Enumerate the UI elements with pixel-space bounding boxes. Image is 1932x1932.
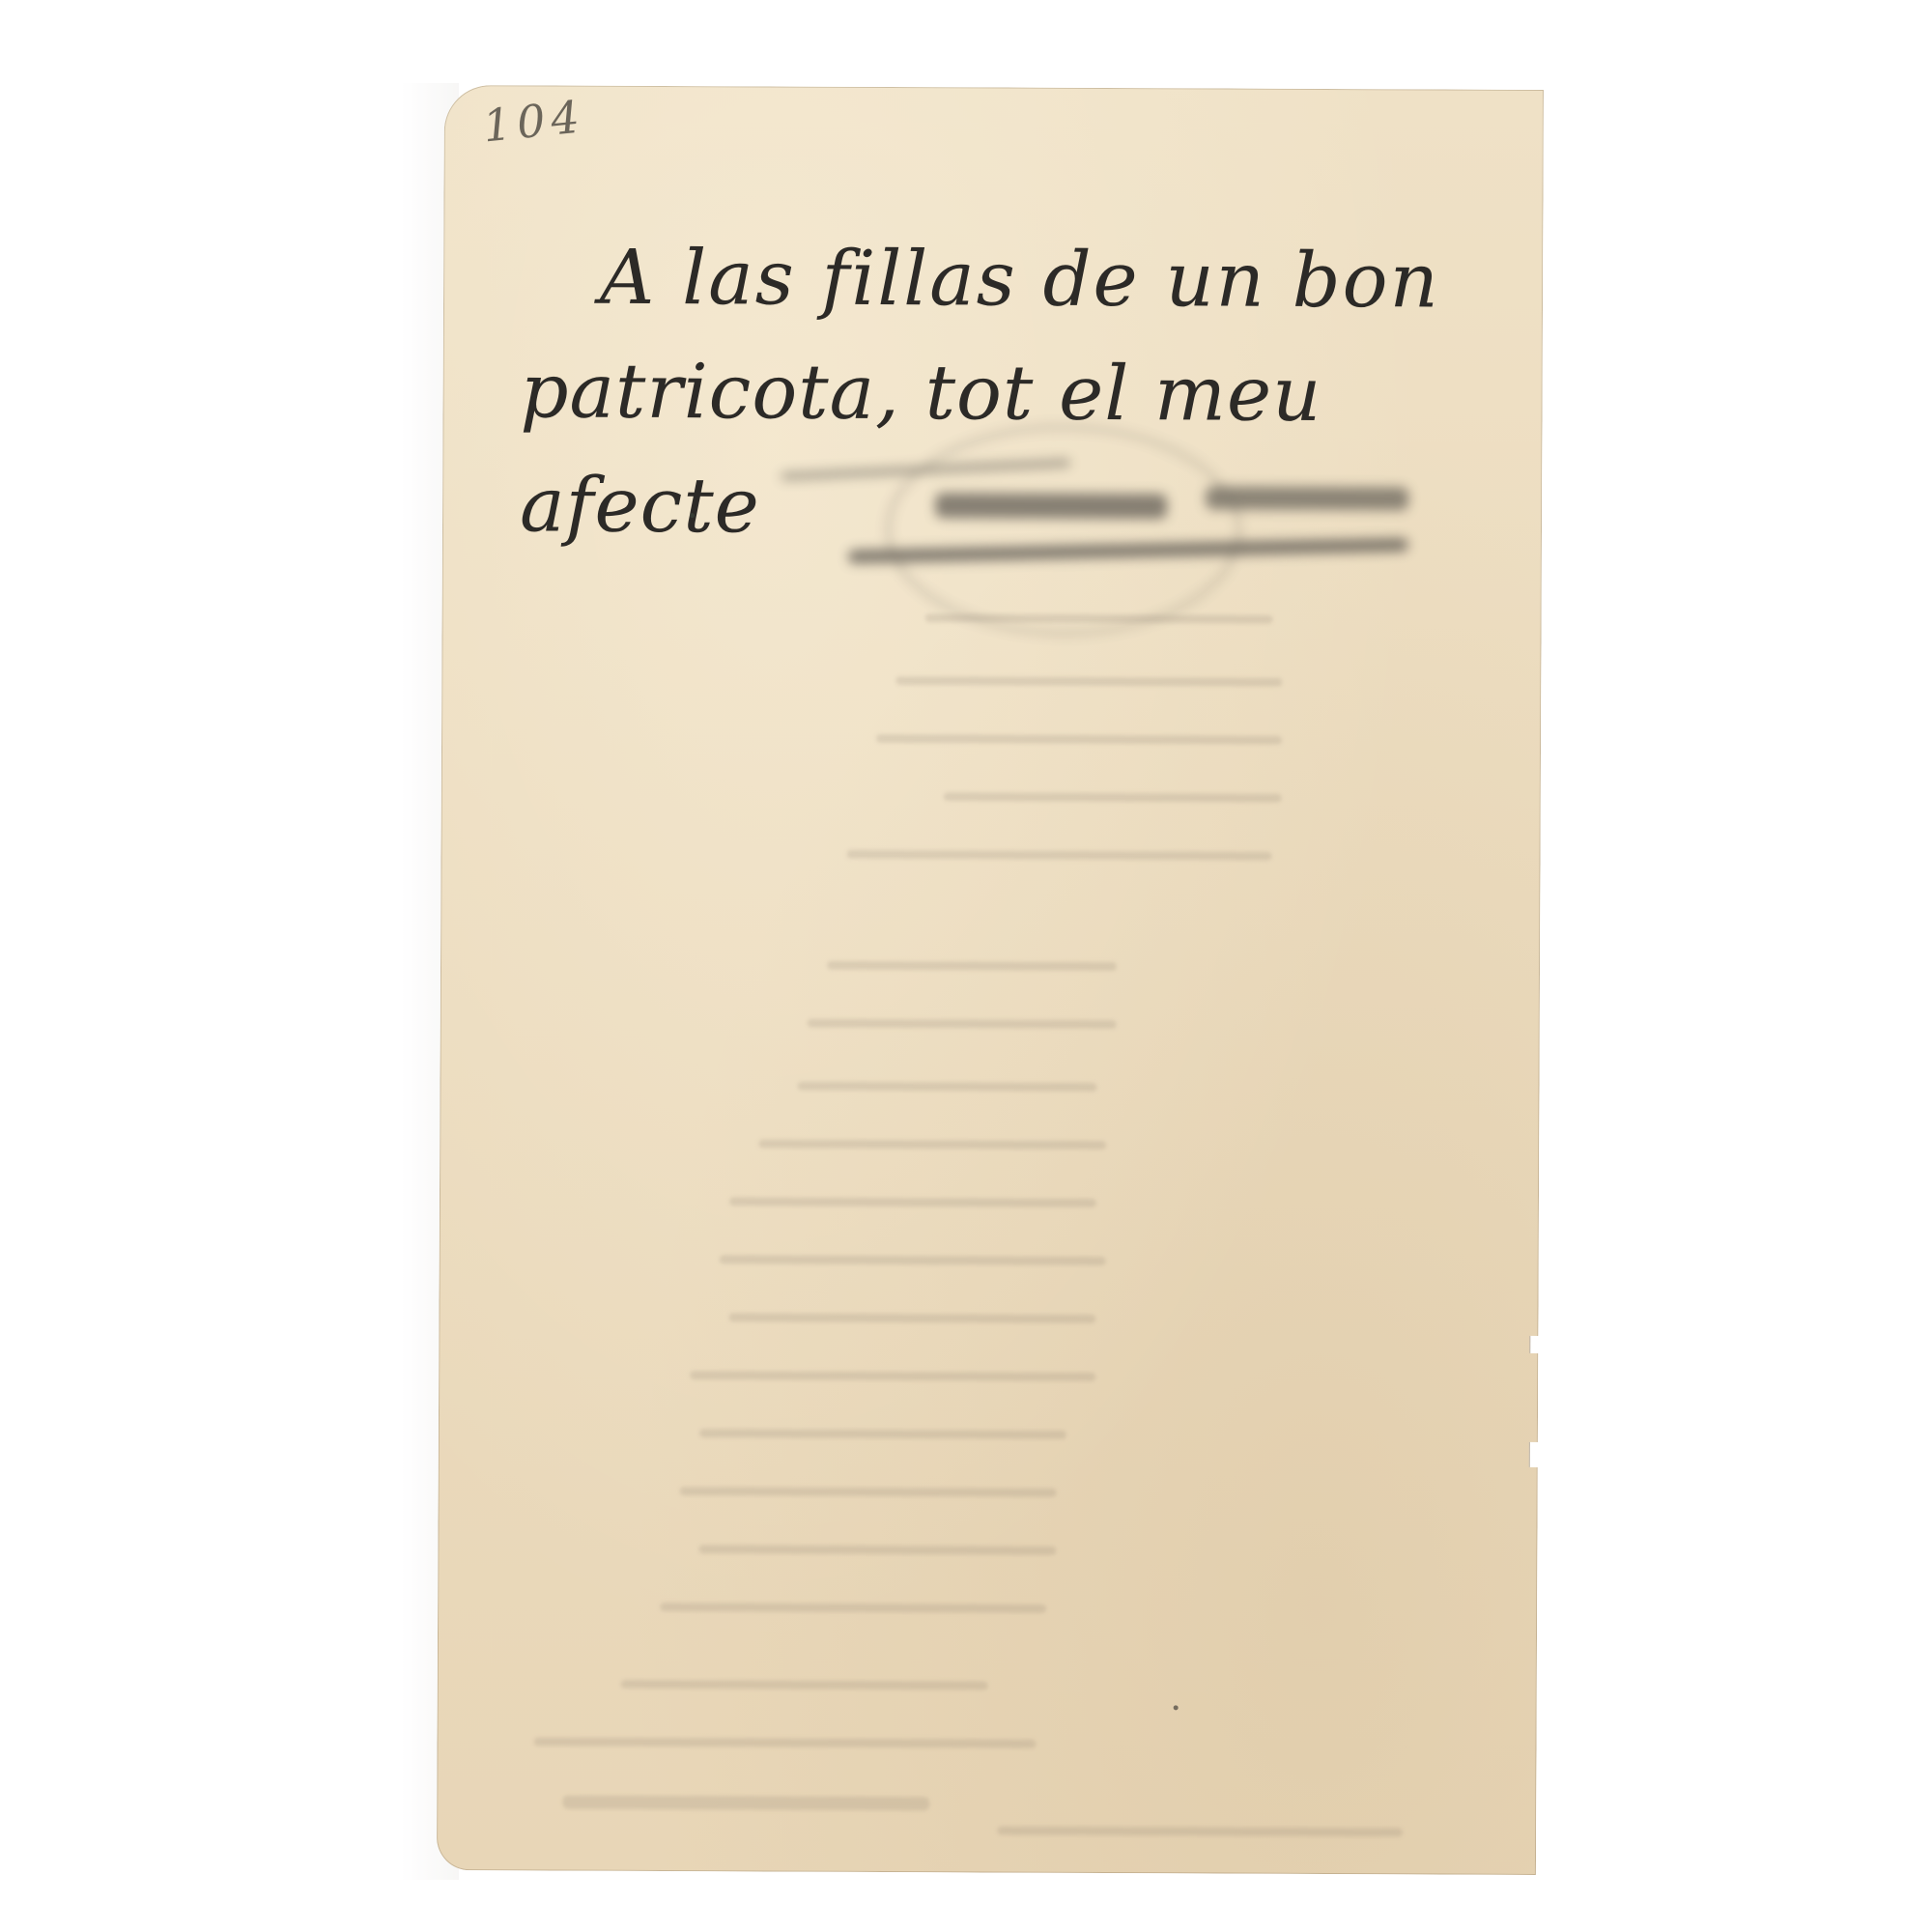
torn-edge-notch xyxy=(1529,1442,1544,1467)
paper-sheet: 104 A las fillas de un bon patricota, to… xyxy=(437,85,1544,1875)
page-number: 104 xyxy=(480,90,587,152)
inscription-line-1: A las fillas de un bon xyxy=(521,220,1526,339)
signature-stroke xyxy=(935,493,1167,519)
signature-flourish-circle xyxy=(887,425,1241,636)
ink-speck xyxy=(690,513,695,518)
ink-speck xyxy=(1174,1705,1179,1710)
signature-stroke xyxy=(1206,486,1408,510)
torn-edge-notch xyxy=(1529,1336,1544,1353)
blurred-signature xyxy=(771,414,1467,630)
scan-canvas: 104 A las fillas de un bon patricota, to… xyxy=(0,0,1932,1932)
